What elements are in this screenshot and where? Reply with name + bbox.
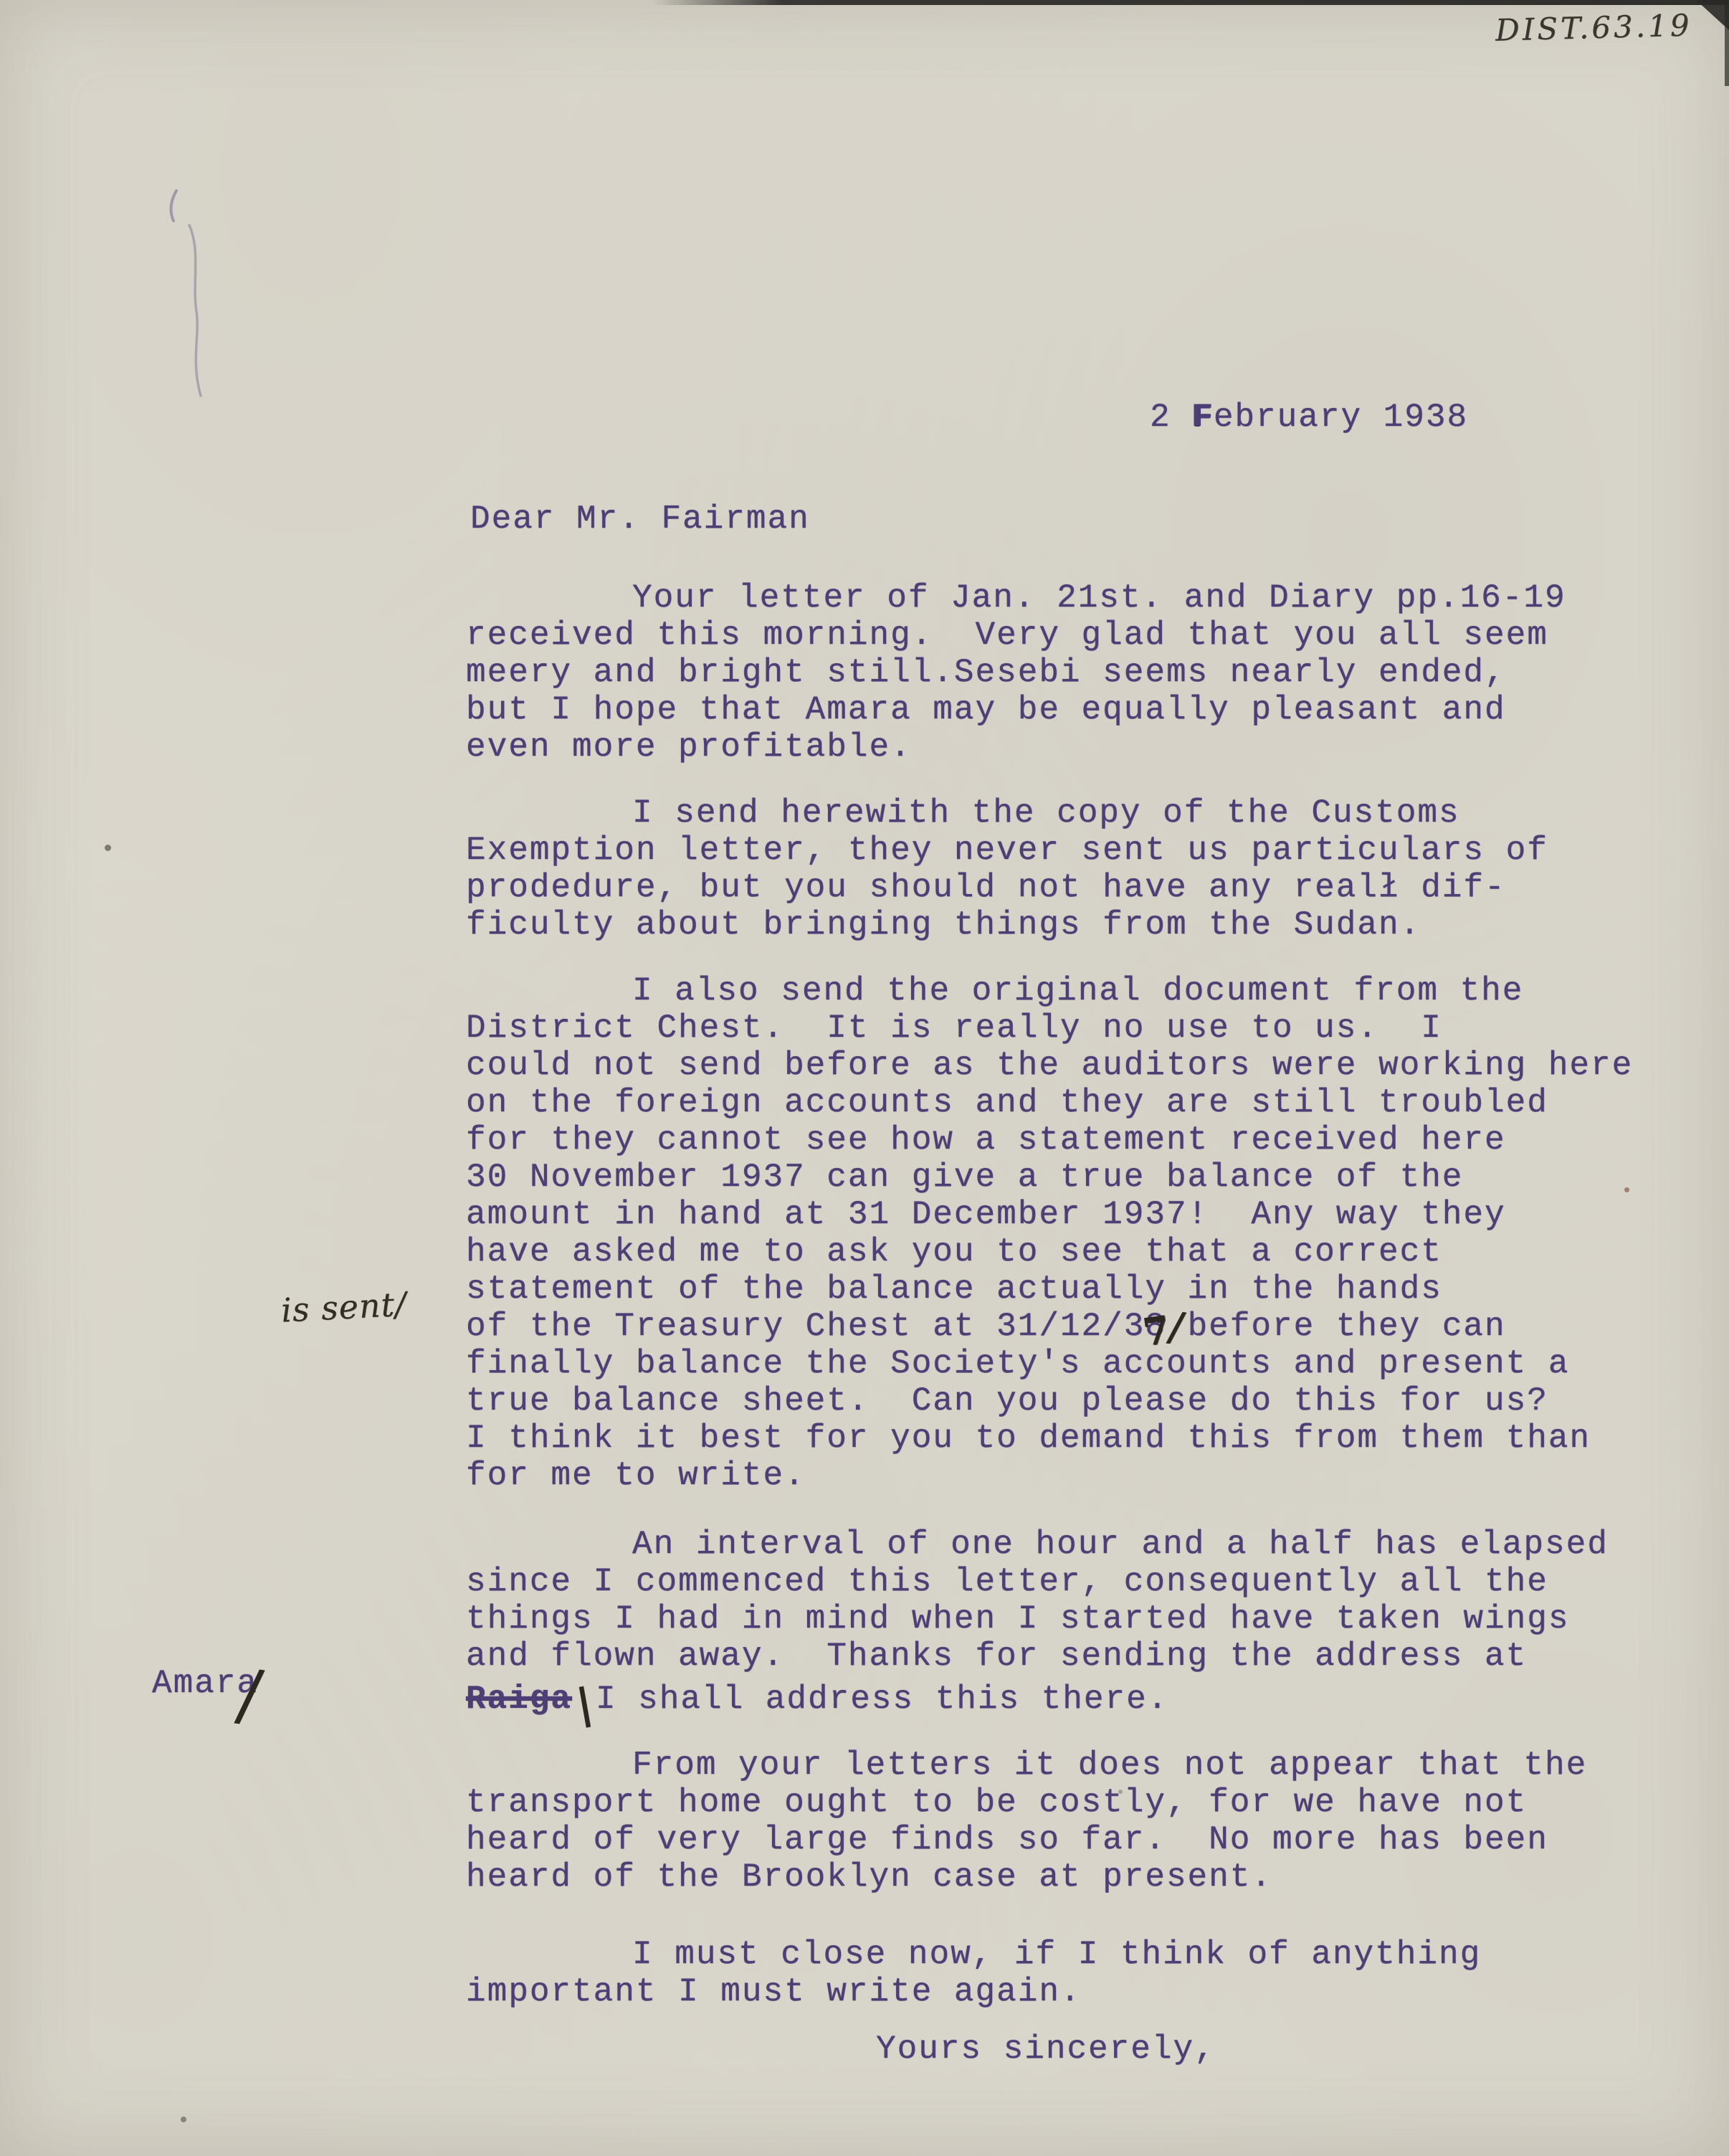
text-segment-hand-caret: | <box>573 1684 596 1723</box>
ink-squiggle <box>159 181 224 410</box>
text-segment: I shall address this there. <box>596 1681 1168 1718</box>
letter-line: Exemption letter, they never sent us par… <box>466 832 1729 869</box>
date-line: 2 February 1938 <box>1150 399 1468 436</box>
letter-line: since I commenced this letter, consequen… <box>466 1563 1729 1600</box>
letter-scan-page: DIST.63.19 2 February 1938 Dear Mr. Fair… <box>0 0 1729 2156</box>
archive-reference-annotation: DIST.63.19 <box>1495 7 1692 47</box>
paper-speck <box>105 845 111 851</box>
text-segment: before they can <box>1188 1308 1506 1345</box>
letter-line: I send herewith the copy of the Customs <box>466 794 1729 832</box>
letter-line: but I hope that Amara may be equally ple… <box>466 691 1729 728</box>
letter-line: ficulty about bringing things from the S… <box>466 906 1729 944</box>
paper-speck <box>1118 1790 1123 1794</box>
letter-line: I think it best for you to demand this f… <box>466 1420 1729 1457</box>
letter-line: statement of the balance actually in the… <box>466 1271 1729 1308</box>
letter-line: I must close now, if I think of anything <box>466 1936 1729 1973</box>
letter-line: for me to write. <box>466 1457 1729 1494</box>
letter-line: An interval of one hour and a half has e… <box>466 1526 1729 1563</box>
letter-line: meery and bright still.Sesebi seems near… <box>466 654 1729 691</box>
margin-note-is-sent: is sent/ <box>280 1284 408 1329</box>
letter-line: finally balance the Society's accounts a… <box>466 1345 1729 1382</box>
paragraph: I must close now, if I think of anything… <box>466 1936 1729 2010</box>
letter-line: I also send the original document from t… <box>466 972 1729 1010</box>
letter-line: District Chest. It is really no use to u… <box>466 1010 1729 1047</box>
closing-line: Yours sincerely, <box>876 2031 1216 2068</box>
letter-line: received this morning. Very glad that yo… <box>466 617 1729 654</box>
letter-line: heard of very large finds so far. No mor… <box>466 1821 1729 1858</box>
letter-line: Your letter of Jan. 21st. and Diary pp.1… <box>466 579 1729 617</box>
paragraph: I also send the original document from t… <box>466 972 1729 1494</box>
scan-edge-top <box>652 0 1729 5</box>
text-segment: of the Treasury Chest at 31/12/3 <box>466 1308 1145 1345</box>
paragraph: An interval of one hour and a half has e… <box>466 1526 1729 1718</box>
letter-line: and flown away. Thanks for sending the a… <box>466 1638 1729 1675</box>
text-segment-overstrike: F <box>1192 399 1214 436</box>
paragraph: From your letters it does not appear tha… <box>466 1747 1729 1896</box>
text-segment-ow: 87 <box>1145 1308 1166 1345</box>
letter-line: things I had in mind when I started have… <box>466 1600 1729 1638</box>
letter-line: From your letters it does not appear tha… <box>466 1747 1729 1784</box>
paper-speck <box>1624 1187 1629 1192</box>
letter-line: on the foreign accounts and they are sti… <box>466 1084 1729 1121</box>
text-segment: 2 <box>1150 399 1192 436</box>
paper-speck <box>181 2117 186 2122</box>
letter-line: for they cannot see how a statement rece… <box>466 1121 1729 1159</box>
paragraph: I send herewith the copy of the CustomsE… <box>466 794 1729 944</box>
letter-line: Raiga|I shall address this there. <box>466 1675 1729 1718</box>
letter-line: transport home ought to be costly, for w… <box>466 1784 1729 1821</box>
letter-line: even more profitable. <box>466 728 1729 766</box>
letter-line: could not send before as the auditors we… <box>466 1047 1729 1084</box>
letter-line: amount in hand at 31 December 1937! Any … <box>466 1196 1729 1233</box>
letter-line: of the Treasury Chest at 31/12/387/befor… <box>466 1308 1729 1345</box>
scan-edge-right <box>1725 0 1729 86</box>
letter-line: 30 November 1937 can give a true balance… <box>466 1159 1729 1196</box>
letter-line: heard of the Brooklyn case at present. <box>466 1858 1729 1896</box>
letter-line: important I must write again. <box>466 1973 1729 2010</box>
letter-body: Your letter of Jan. 21st. and Diary pp.1… <box>466 579 1729 2039</box>
text-segment-struck: Raiga <box>466 1681 572 1718</box>
salutation: Dear Mr. Fairman <box>470 500 810 538</box>
letter-line: prodedure, but you should not have any r… <box>466 869 1729 906</box>
paragraph: Your letter of Jan. 21st. and Diary pp.1… <box>466 579 1729 766</box>
text-segment: ebruary 1938 <box>1214 399 1468 436</box>
letter-line: true balance sheet. Can you please do th… <box>466 1382 1729 1420</box>
letter-line: have asked me to ask you to see that a c… <box>466 1233 1729 1271</box>
